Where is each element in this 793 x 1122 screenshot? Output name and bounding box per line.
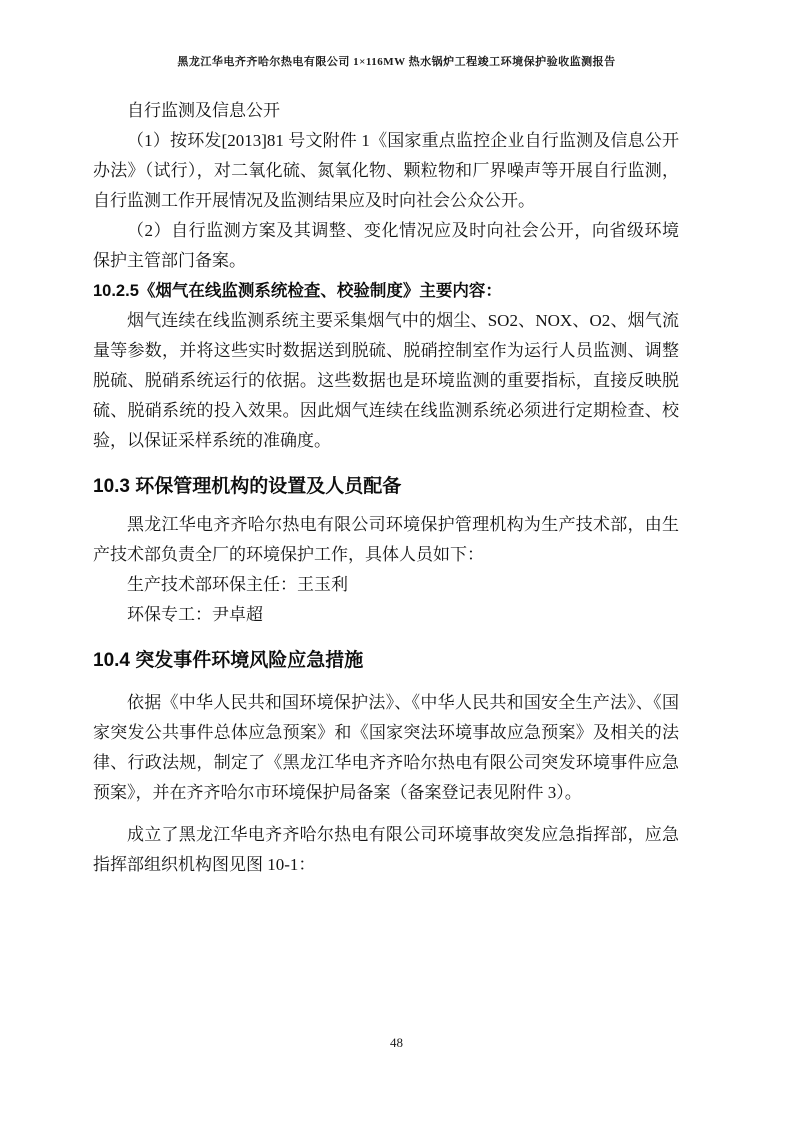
page-number: 48 — [0, 1035, 793, 1051]
document-page: 黑龙江华电齐齐哈尔热电有限公司 1×116MW 热水锅炉工程竣工环境保护验收监测… — [0, 0, 793, 1122]
staff-line-specialist: 环保专工：尹卓超 — [93, 600, 679, 630]
paragraph-self-monitoring-title: 自行监测及信息公开 — [93, 96, 679, 126]
page-header-title: 黑龙江华电齐齐哈尔热电有限公司 1×116MW 热水锅炉工程竣工环境保护验收监测… — [0, 53, 793, 69]
paragraph-10-4-legal-basis: 依据《中华人民共和国环境保护法》、《中华人民共和国安全生产法》、《国家突发公共事… — [93, 688, 679, 808]
heading-10-3: 10.3 环保管理机构的设置及人员配备 — [93, 472, 679, 502]
heading-10-4: 10.4 突发事件环境风险应急措施 — [93, 646, 679, 676]
paragraph-10-2-5-body: 烟气连续在线监测系统主要采集烟气中的烟尘、SO2、NOX、O2、烟气流量等参数，… — [93, 306, 679, 456]
paragraph-self-monitoring-item-1: （1）按环发[2013]81 号文附件 1《国家重点监控企业自行监测及信息公开办… — [93, 126, 679, 216]
paragraph-10-4-command-org: 成立了黑龙江华电齐齐哈尔热电有限公司环境事故突发应急指挥部，应急指挥部组织机构图… — [93, 820, 679, 880]
heading-10-2-5: 10.2.5《烟气在线监测系统检查、校验制度》主要内容： — [93, 276, 679, 306]
page-content: 自行监测及信息公开 （1）按环发[2013]81 号文附件 1《国家重点监控企业… — [93, 96, 679, 880]
staff-line-director: 生产技术部环保主任：王玉利 — [93, 570, 679, 600]
paragraph-10-3-body: 黑龙江华电齐齐哈尔热电有限公司环境保护管理机构为生产技术部，由生产技术部负责全厂… — [93, 510, 679, 570]
paragraph-self-monitoring-item-2: （2）自行监测方案及其调整、变化情况应及时向社会公开，向省级环境保护主管部门备案… — [93, 216, 679, 276]
